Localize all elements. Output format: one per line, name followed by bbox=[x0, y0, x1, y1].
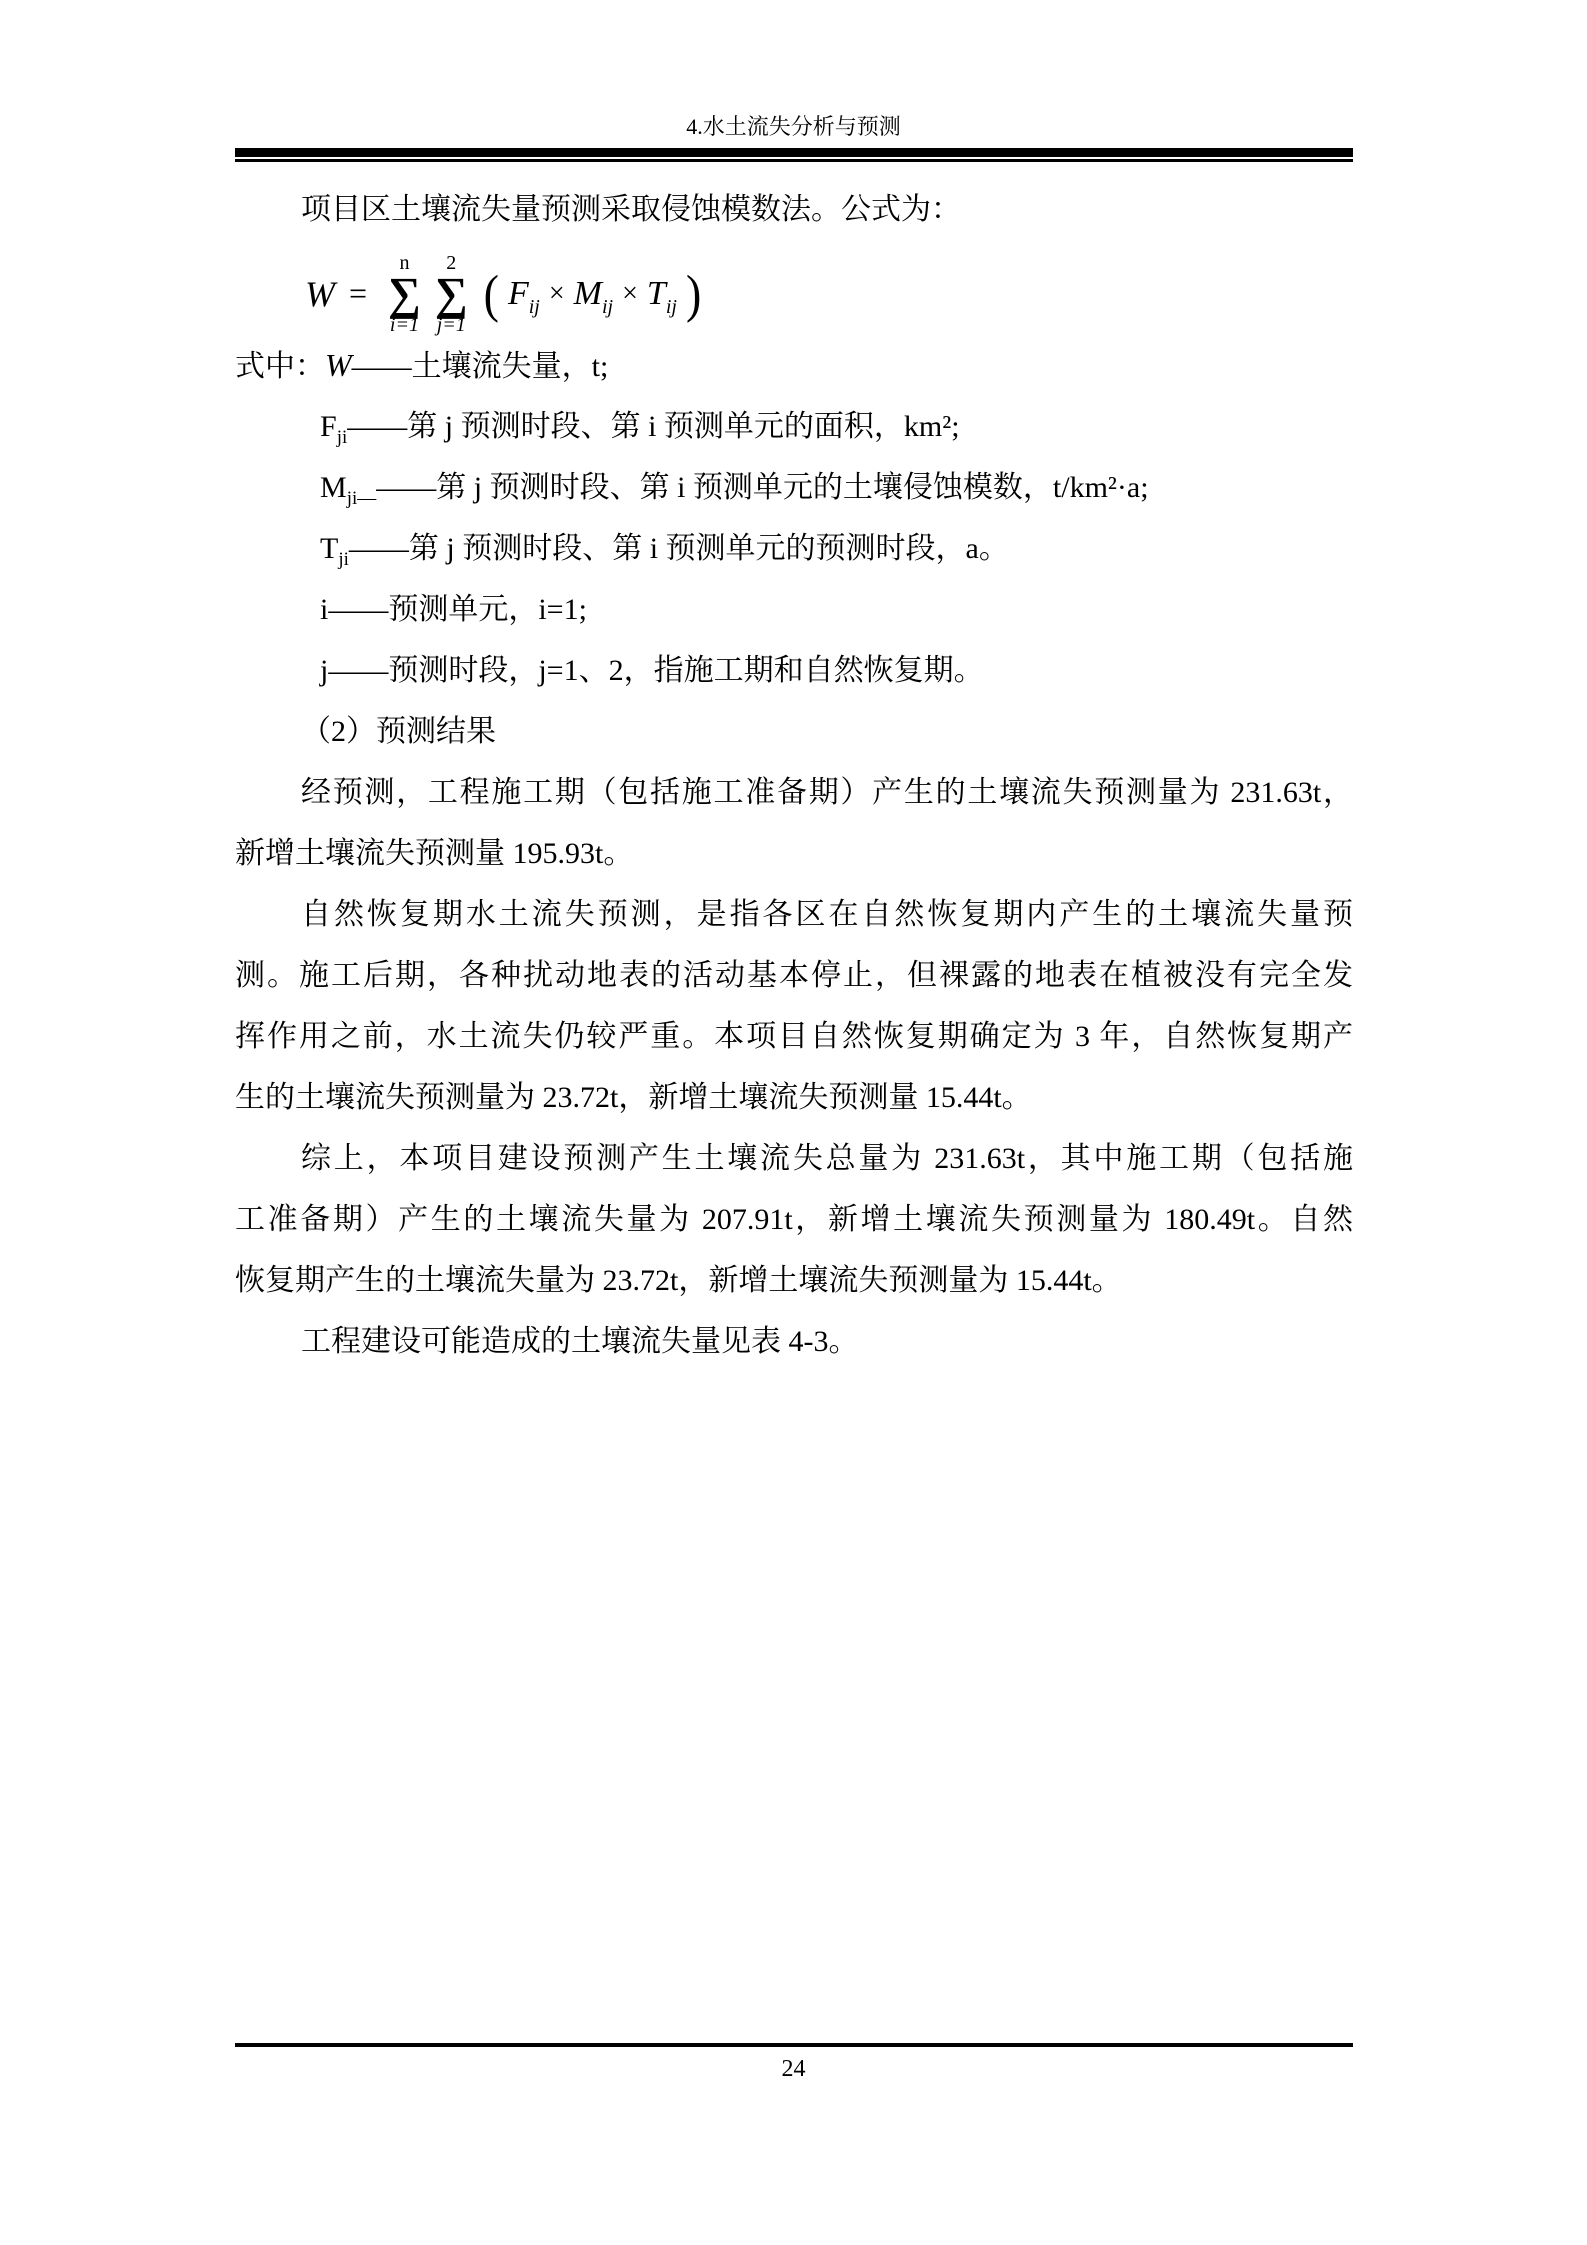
summation-inner-lower: j=1 bbox=[437, 315, 466, 335]
summary-line-2: 工准备期）产生的土壤流失量为 207.91t，新增土壤流失预测量为 180.49… bbox=[235, 1189, 1353, 1250]
subscript-ji: ji bbox=[338, 549, 349, 570]
document-page: 4.水土流失分析与预测 项目区土壤流失量预测采取侵蚀模数法。公式为： W = n… bbox=[0, 0, 1587, 2245]
sigma-symbol: ∑ bbox=[435, 273, 468, 315]
summation-outer-lower: i=1 bbox=[390, 315, 419, 335]
where-symbol-W: W bbox=[325, 347, 352, 383]
footer-rule bbox=[235, 2043, 1353, 2047]
result-line-2: 新增土壤流失预测量 195.93t。 bbox=[235, 823, 1353, 884]
table-reference-line: 工程建设可能造成的土壤流失量见表 4-3。 bbox=[235, 1311, 1353, 1372]
page-footer: 24 bbox=[0, 2043, 1587, 2081]
formula-equals: = bbox=[349, 275, 367, 312]
close-paren: ) bbox=[686, 263, 701, 324]
page-number: 24 bbox=[0, 2057, 1587, 2081]
header-rule-thick bbox=[235, 148, 1353, 157]
formula-term-M: Mij bbox=[574, 275, 613, 313]
where-line: 式中：W——土壤流失量，t; bbox=[235, 335, 1353, 396]
result-line-1: 经预测，工程施工期（包括施工准备期）产生的土壤流失预测量为 231.63t， bbox=[235, 762, 1353, 823]
subscript-ji: ji— bbox=[347, 488, 377, 509]
natural-line-2: 测。施工后期，各种扰动地表的活动基本停止，但裸露的地表在植被没有完全发 bbox=[235, 945, 1353, 1006]
definition-j: j——预测时段，j=1、2，指施工期和自然恢复期。 bbox=[235, 640, 1353, 701]
document-body: 项目区土壤流失量预测采取侵蚀模数法。公式为： W = n ∑ i=1 2 ∑ j… bbox=[0, 162, 1587, 1372]
multiply-sign: × bbox=[549, 278, 565, 310]
subscript-ij: ij bbox=[602, 296, 613, 318]
open-paren: ( bbox=[484, 263, 499, 324]
subscript-ij: ij bbox=[529, 296, 540, 318]
definition-F: Fji——第 j 预测时段、第 i 预测单元的面积，km²; bbox=[235, 396, 1353, 457]
summation-outer: n ∑ i=1 bbox=[388, 253, 421, 335]
formula-term-F: Fij bbox=[508, 275, 540, 313]
natural-line-4: 生的土壤流失预测量为 23.72t，新增土壤流失预测量 15.44t。 bbox=[235, 1067, 1353, 1128]
subscript-ji: ji bbox=[337, 427, 348, 448]
summary-line-3: 恢复期产生的土壤流失量为 23.72t，新增土壤流失预测量为 15.44t。 bbox=[235, 1250, 1353, 1311]
erosion-formula: W = n ∑ i=1 2 ∑ j=1 ( Fij × Mij × Tij ) bbox=[235, 240, 1353, 335]
result-heading: （2）预测结果 bbox=[235, 701, 1353, 762]
definition-M: Mji———第 j 预测时段、第 i 预测单元的土壤侵蚀模数，t/km²·a; bbox=[235, 457, 1353, 518]
header-title: 4.水土流失分析与预测 bbox=[0, 116, 1587, 138]
page-header: 4.水土流失分析与预测 bbox=[0, 0, 1587, 162]
multiply-sign: × bbox=[622, 278, 638, 310]
natural-line-1: 自然恢复期水土流失预测，是指各区在自然恢复期内产生的土壤流失量预 bbox=[235, 884, 1353, 945]
formula-term-T: Tij bbox=[647, 275, 677, 313]
formula-lhs: W bbox=[305, 273, 335, 315]
paragraph-intro: 项目区土壤流失量预测采取侵蚀模数法。公式为： bbox=[235, 179, 1353, 240]
summary-line-1: 综上，本项目建设预测产生土壤流失总量为 231.63t，其中施工期（包括施 bbox=[235, 1128, 1353, 1189]
summation-inner: 2 ∑ j=1 bbox=[435, 253, 468, 335]
definition-i: i——预测单元，i=1; bbox=[235, 579, 1353, 640]
subscript-ij: ij bbox=[666, 296, 677, 318]
natural-line-3: 挥作用之前，水土流失仍较严重。本项目自然恢复期确定为 3 年，自然恢复期产 bbox=[235, 1006, 1353, 1067]
definition-T: Tji——第 j 预测时段、第 i 预测单元的预测时段，a。 bbox=[235, 518, 1353, 579]
sigma-symbol: ∑ bbox=[388, 273, 421, 315]
